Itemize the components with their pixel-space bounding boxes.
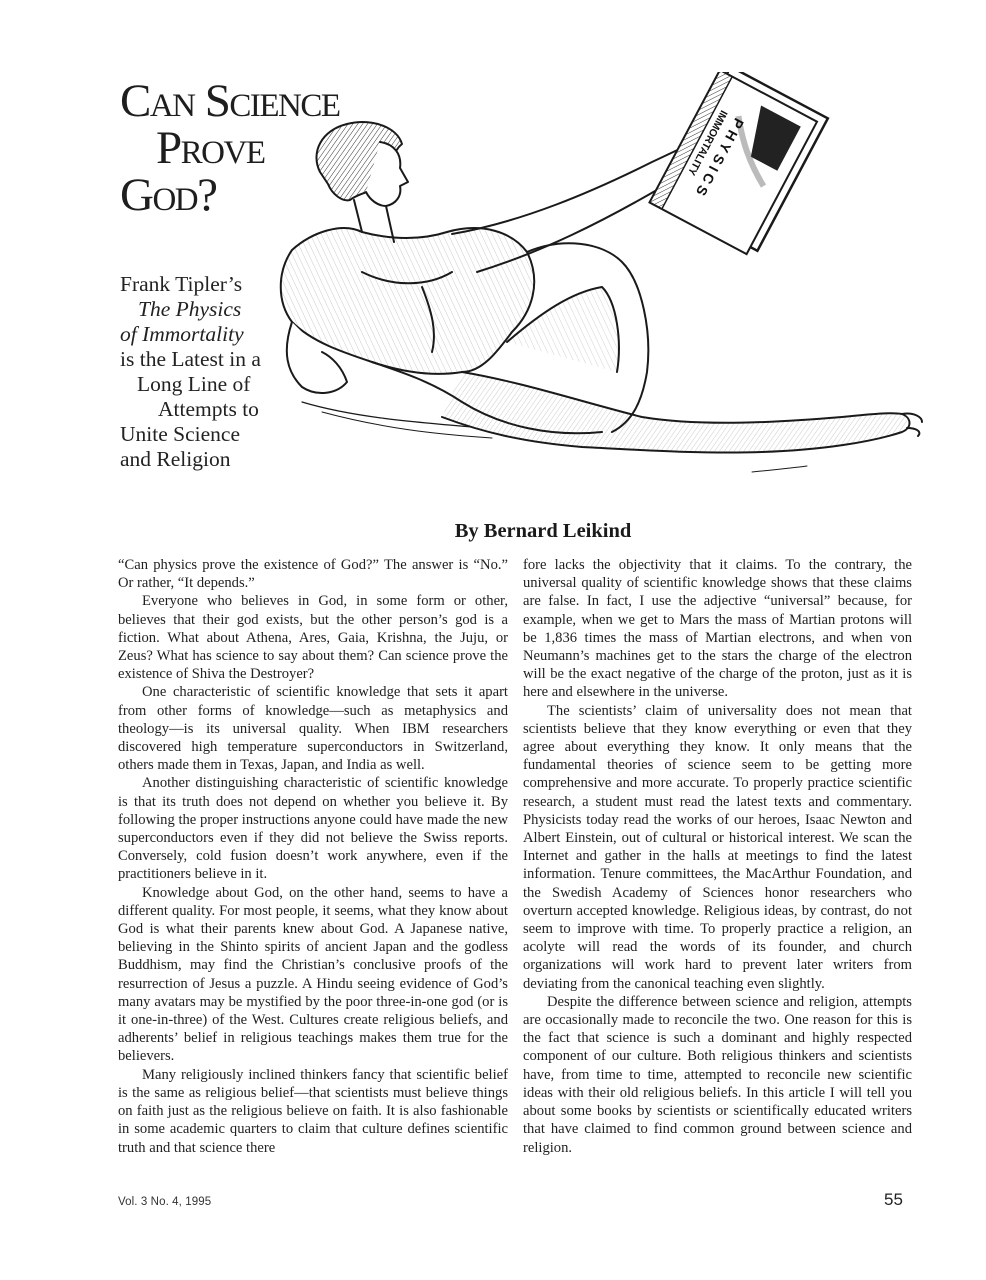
paragraph: The scientists’ claim of universality do…: [523, 702, 912, 993]
issue-info: Vol. 3 No. 4, 1995: [118, 1196, 211, 1208]
author-name: By Bernard Leikind: [455, 520, 632, 542]
paragraph: Another distinguishing characteristic of…: [118, 774, 508, 883]
paragraph: fore lacks the objectivity that it claim…: [523, 556, 912, 702]
paragraph: “Can physics prove the existence of God?…: [118, 556, 508, 592]
byline: By Bernard Leikind: [0, 520, 986, 543]
reclining-figure-drawing: PHYSICS IMMORTALITY: [262, 72, 962, 502]
paragraph: One characteristic of scientific knowled…: [118, 683, 508, 774]
paragraph: Everyone who believes in God, in some fo…: [118, 592, 508, 683]
book-icon: PHYSICS IMMORTALITY: [649, 72, 827, 258]
paragraph: Knowledge about God, on the other hand, …: [118, 884, 508, 1066]
page-number: 55: [884, 1190, 903, 1210]
paragraph: Despite the difference between science a…: [523, 993, 912, 1157]
text-column-right: fore lacks the objectivity that it claim…: [523, 556, 912, 1157]
paragraph: Many religiously inclined thinkers fancy…: [118, 1066, 508, 1157]
figure-illustration: PHYSICS IMMORTALITY: [262, 72, 962, 502]
text-column-left: “Can physics prove the existence of God?…: [118, 556, 508, 1157]
